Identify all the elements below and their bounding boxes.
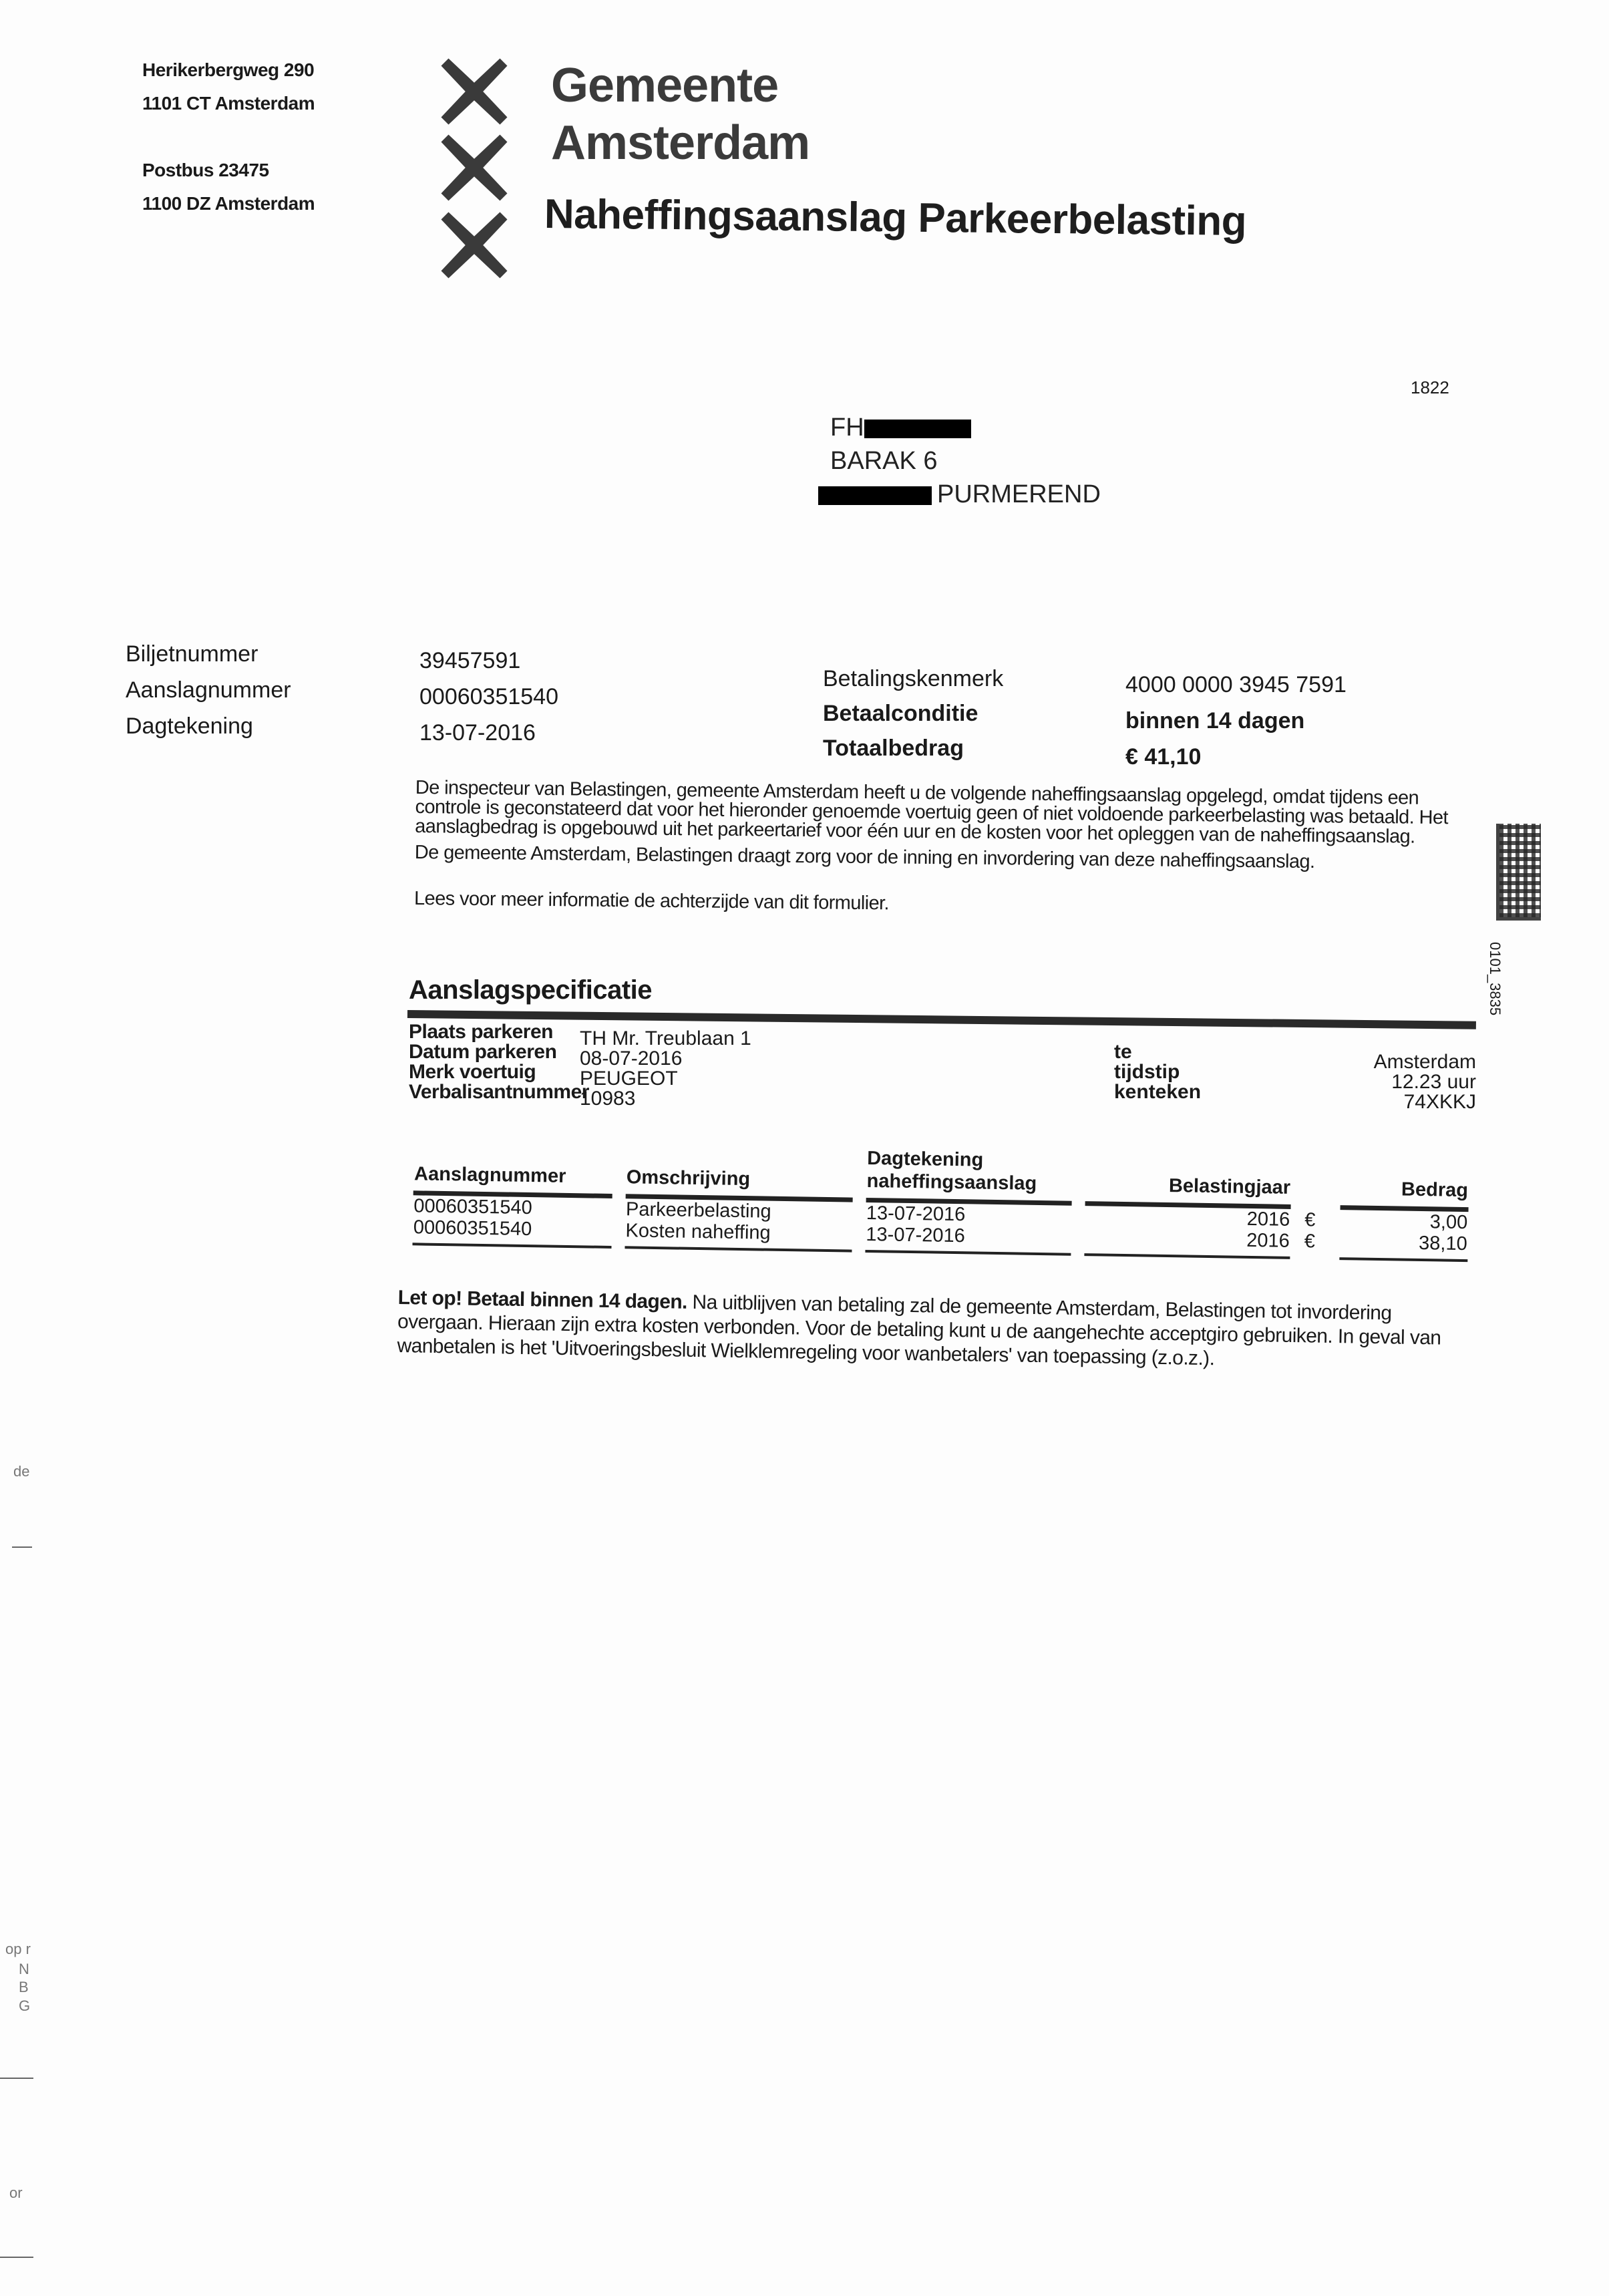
- intro-text: De inspecteur van Belastingen, gemeente …: [414, 778, 1457, 926]
- edge-fragment: op r: [5, 1941, 31, 1958]
- label-datum-parkeren: Datum parkeren: [409, 1042, 589, 1062]
- cell-dagtekening: 13-07-2016: [865, 1224, 1071, 1256]
- sender-address: Herikerbergweg 290 1101 CT Amsterdam Pos…: [142, 53, 315, 220]
- edge-fragment: G: [19, 1997, 30, 2015]
- edge-divider: [0, 2078, 33, 2079]
- recipient-city: PURMEREND: [937, 480, 1101, 508]
- label-tijdstip: tijdstip: [1114, 1062, 1201, 1082]
- cell-bedrag: 38,10: [1339, 1231, 1468, 1262]
- cell-belastingjaar: 2016: [1085, 1206, 1291, 1231]
- edge-divider: [0, 2257, 33, 2258]
- spec-mid-values: Amsterdam 12.23 uur 74XKKJ: [1302, 1052, 1476, 1112]
- value-dagtekening: 13-07-2016: [419, 715, 558, 751]
- andreas-cross-icon: [437, 55, 511, 128]
- label-aanslagnummer: Aanslagnummer: [126, 672, 291, 708]
- label-kenteken: kenteken: [1114, 1082, 1201, 1102]
- datamatrix-barcode-icon: [1496, 824, 1541, 921]
- barcode-text: 0101_3835: [1486, 942, 1503, 1015]
- sender-postcode-city: 1101 CT Amsterdam: [142, 87, 315, 120]
- edge-fragment: de: [13, 1463, 29, 1480]
- col-bedrag: Bedrag: [1340, 1154, 1469, 1212]
- edge-fragment: B: [19, 1979, 29, 1996]
- footer-warning: Let op! Betaal binnen 14 dagen.: [397, 1287, 687, 1313]
- cell-aanslagnummer: 00060351540: [413, 1195, 612, 1220]
- sender-postbus: Postbus 23475: [142, 154, 315, 187]
- col-dagtekening: Dagtekening naheffingsaanslag: [866, 1146, 1073, 1206]
- andreas-cross-icon: [437, 131, 511, 204]
- cell-currency: €: [1303, 1231, 1326, 1260]
- label-verbalisantnummer: Verbalisantnummer: [409, 1082, 589, 1102]
- cell-belastingjaar: 2016: [1084, 1227, 1290, 1259]
- value-betalingskenmerk: 4000 0000 3945 7591: [1125, 667, 1347, 703]
- document-code: 1822: [1411, 377, 1449, 398]
- meta-right-values: 4000 0000 3945 7591 binnen 14 dagen € 41…: [1125, 667, 1347, 775]
- col-aanslagnummer: Aanslagnummer: [413, 1139, 613, 1198]
- spec-labels: Plaats parkeren Datum parkeren Merk voer…: [409, 1022, 589, 1102]
- value-totaalbedrag: € 41,10: [1125, 739, 1347, 775]
- edge-fragment: or: [9, 2184, 23, 2202]
- cell-currency: €: [1304, 1209, 1326, 1231]
- cell-omschrijving: Parkeerbelasting: [625, 1198, 852, 1223]
- brand-line-2: Amsterdam: [551, 114, 810, 172]
- footer-notice: Let op! Betaal binnen 14 dagen. Na uitbl…: [397, 1286, 1466, 1375]
- recipient-street: BARAK 6: [830, 444, 1101, 478]
- value-aanslagnummer: 00060351540: [419, 679, 558, 715]
- cell-dagtekening: 13-07-2016: [866, 1202, 1072, 1227]
- value-betaalconditie: binnen 14 dagen: [1125, 703, 1347, 739]
- recipient-address: FH BARAK 6 PURMEREND: [830, 411, 1101, 511]
- spec-mid-labels: te tijdstip kenteken: [1114, 1042, 1201, 1102]
- items-table: Aanslagnummer Omschrijving Dagtekening n…: [399, 1139, 1483, 1262]
- brand-line-1: Gemeente: [551, 57, 810, 114]
- label-betalingskenmerk: Betalingskenmerk: [823, 661, 1003, 696]
- meta-right-labels: Betalingskenmerk Betaalconditie Totaalbe…: [823, 661, 1003, 766]
- intro-paragraph-1: De inspecteur van Belastingen, gemeente …: [415, 778, 1457, 847]
- value-datum-parkeren: 08-07-2016: [580, 1049, 751, 1069]
- document-title: Naheffingsaanslag Parkeerbelasting: [544, 190, 1247, 245]
- label-merk-voertuig: Merk voertuig: [409, 1062, 589, 1082]
- redaction-bar: [864, 420, 971, 438]
- redaction-bar: [818, 486, 932, 505]
- brand-name: Gemeente Amsterdam: [551, 57, 810, 172]
- meta-left-values: 39457591 00060351540 13-07-2016: [419, 643, 558, 751]
- col-belastingjaar: Belastingjaar: [1085, 1150, 1292, 1209]
- recipient-name-prefix: FH: [830, 414, 864, 442]
- value-te: Amsterdam: [1302, 1052, 1476, 1072]
- meta-left-labels: Biljetnummer Aanslagnummer Dagtekening: [126, 636, 291, 744]
- spec-values: TH Mr. Treublaan 1 08-07-2016 PEUGEOT 10…: [580, 1029, 751, 1109]
- cell-bedrag: 3,00: [1340, 1210, 1469, 1233]
- col-currency: [1304, 1153, 1328, 1210]
- cell-omschrijving: Kosten naheffing: [624, 1220, 852, 1252]
- edge-fragment: N: [19, 1961, 29, 1978]
- value-verbalisantnummer: 10983: [580, 1089, 751, 1109]
- value-kenteken: 74XKKJ: [1302, 1092, 1476, 1112]
- spec-title: Aanslagspecificatie: [409, 975, 652, 1005]
- label-dagtekening: Dagtekening: [126, 708, 291, 744]
- value-biljetnummer: 39457591: [419, 643, 558, 679]
- intro-paragraph-2: De gemeente Amsterdam, Belastingen draag…: [415, 843, 1457, 873]
- edge-divider: [12, 1546, 32, 1548]
- value-plaats-parkeren: TH Mr. Treublaan 1: [580, 1029, 751, 1049]
- cell-aanslagnummer: 00060351540: [413, 1216, 612, 1249]
- intro-paragraph-3: Lees voor meer informatie de achterzijde…: [414, 889, 1456, 919]
- sender-postbus-city: 1100 DZ Amsterdam: [142, 187, 315, 220]
- value-merk-voertuig: PEUGEOT: [580, 1069, 751, 1089]
- col-omschrijving: Omschrijving: [625, 1142, 853, 1202]
- label-biljetnummer: Biljetnummer: [126, 636, 291, 672]
- label-plaats-parkeren: Plaats parkeren: [409, 1022, 589, 1042]
- label-betaalconditie: Betaalconditie: [823, 696, 1003, 731]
- value-tijdstip: 12.23 uur: [1302, 1072, 1476, 1092]
- label-totaalbedrag: Totaalbedrag: [823, 731, 1003, 766]
- sender-street: Herikerbergweg 290: [142, 53, 315, 87]
- andreas-cross-icon: [437, 208, 511, 282]
- label-te: te: [1114, 1042, 1201, 1062]
